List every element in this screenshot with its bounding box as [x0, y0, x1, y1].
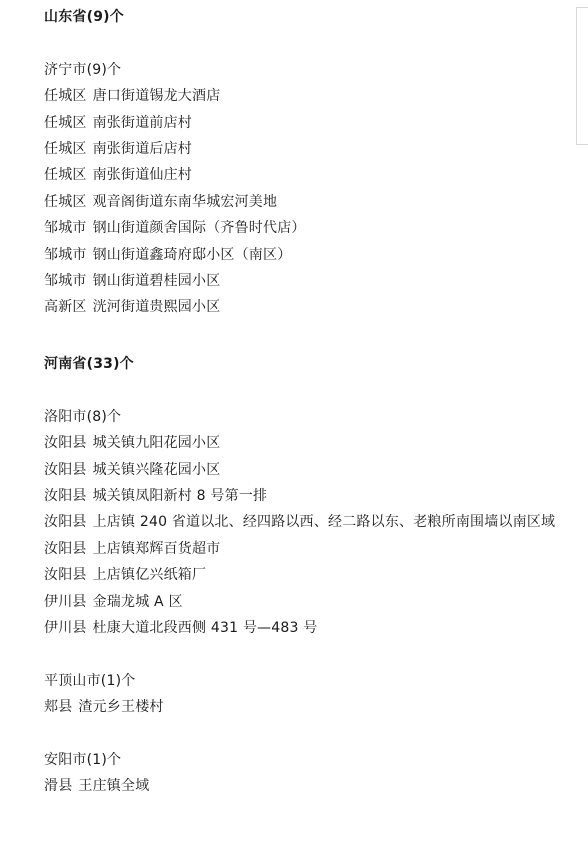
- address-text: 上店镇郑辉百货超市: [93, 541, 221, 557]
- address-text: 钢山街道碧桂园小区: [93, 273, 221, 289]
- district-label: 汝阳县: [44, 509, 87, 535]
- list-item: 汝阳县城关镇兴隆花园小区: [44, 457, 564, 483]
- district-label: 任城区: [44, 189, 87, 215]
- list-item: 邹城市钢山街道颜舍国际（齐鲁时代店）: [44, 215, 564, 241]
- district-label: 任城区: [44, 136, 87, 162]
- district-label: 邹城市: [44, 242, 87, 268]
- list-item: 邹城市钢山街道鑫琦府邸小区（南区）: [44, 242, 564, 268]
- district-label: 汝阳县: [44, 562, 87, 588]
- address-text: 城关镇兴隆花园小区: [93, 462, 221, 478]
- district-label: 滑县: [44, 773, 72, 799]
- district-label: 伊川县: [44, 615, 87, 641]
- address-text: 南张街道仙庄村: [93, 167, 192, 183]
- city-heading-pingdingshan: 平顶山市(1)个: [44, 668, 564, 694]
- list-item: 汝阳县上店镇亿兴纸箱厂: [44, 562, 564, 588]
- district-label: 任城区: [44, 162, 87, 188]
- address-text: 上店镇 240 省道以北、经四路以西、经二路以东、老粮所南围墙以南区域: [93, 514, 556, 530]
- list-item: 任城区南张街道前店村: [44, 110, 564, 136]
- list-item: 任城区唐口街道锡龙大酒店: [44, 83, 564, 109]
- district-label: 郏县: [44, 694, 72, 720]
- list-item: 郏县渣元乡王楼村: [44, 694, 564, 720]
- list-item: 邹城市钢山街道碧桂园小区: [44, 268, 564, 294]
- list-item: 滑县王庄镇全域: [44, 773, 564, 799]
- list-item: 伊川县杜康大道北段西侧 431 号—483 号: [44, 615, 564, 641]
- district-label: 汝阳县: [44, 536, 87, 562]
- district-label: 高新区: [44, 294, 87, 320]
- address-text: 金瑞龙城 A 区: [93, 594, 183, 610]
- address-text: 南张街道后店村: [93, 141, 192, 157]
- blank-line: [44, 321, 564, 347]
- district-label: 任城区: [44, 83, 87, 109]
- address-text: 观音阁街道东南华城宏河美地: [93, 194, 278, 210]
- list-item: 汝阳县上店镇 240 省道以北、经四路以西、经二路以东、老粮所南围墙以南区域: [44, 509, 559, 535]
- district-label: 任城区: [44, 110, 87, 136]
- city-heading-anyang: 安阳市(1)个: [44, 747, 564, 773]
- district-label: 伊川县: [44, 589, 87, 615]
- list-item: 高新区洸河街道贵熙园小区: [44, 294, 564, 320]
- side-panel-edge: [576, 7, 588, 145]
- list-item: 任城区观音阁街道东南华城宏河美地: [44, 189, 564, 215]
- list-item: 汝阳县城关镇九阳花园小区: [44, 430, 564, 456]
- list-item: 伊川县金瑞龙城 A 区: [44, 589, 564, 615]
- address-text: 钢山街道鑫琦府邸小区（南区）: [93, 247, 292, 263]
- document-body: 山东省(9)个 济宁市(9)个 任城区唐口街道锡龙大酒店 任城区南张街道前店村 …: [44, 0, 564, 800]
- address-text: 王庄镇全域: [78, 778, 149, 794]
- address-text: 南张街道前店村: [93, 115, 192, 131]
- list-item: 任城区南张街道仙庄村: [44, 162, 564, 188]
- address-text: 上店镇亿兴纸箱厂: [93, 567, 207, 583]
- address-text: 钢山街道颜舍国际（齐鲁时代店）: [93, 220, 306, 236]
- district-label: 邹城市: [44, 215, 87, 241]
- district-label: 汝阳县: [44, 457, 87, 483]
- district-label: 汝阳县: [44, 430, 87, 456]
- province-heading-shandong: 山东省(9)个: [44, 4, 564, 30]
- district-label: 邹城市: [44, 268, 87, 294]
- list-item: 汝阳县上店镇郑辉百货超市: [44, 536, 564, 562]
- blank-line: [44, 721, 564, 747]
- city-heading-jining: 济宁市(9)个: [44, 57, 564, 83]
- address-text: 唐口街道锡龙大酒店: [93, 88, 221, 104]
- address-text: 渣元乡王楼村: [78, 699, 163, 715]
- district-label: 汝阳县: [44, 483, 87, 509]
- list-item: 任城区南张街道后店村: [44, 136, 564, 162]
- address-text: 杜康大道北段西侧 431 号—483 号: [93, 620, 318, 636]
- address-text: 城关镇九阳花园小区: [93, 435, 221, 451]
- city-heading-luoyang: 洛阳市(8)个: [44, 404, 564, 430]
- blank-line: [44, 377, 564, 403]
- blank-line: [44, 30, 564, 56]
- province-heading-henan: 河南省(33)个: [44, 351, 564, 377]
- list-item: 汝阳县城关镇凤阳新村 8 号第一排: [44, 483, 564, 509]
- address-text: 洸河街道贵熙园小区: [93, 299, 221, 315]
- blank-line: [44, 641, 564, 667]
- address-text: 城关镇凤阳新村 8 号第一排: [93, 488, 268, 504]
